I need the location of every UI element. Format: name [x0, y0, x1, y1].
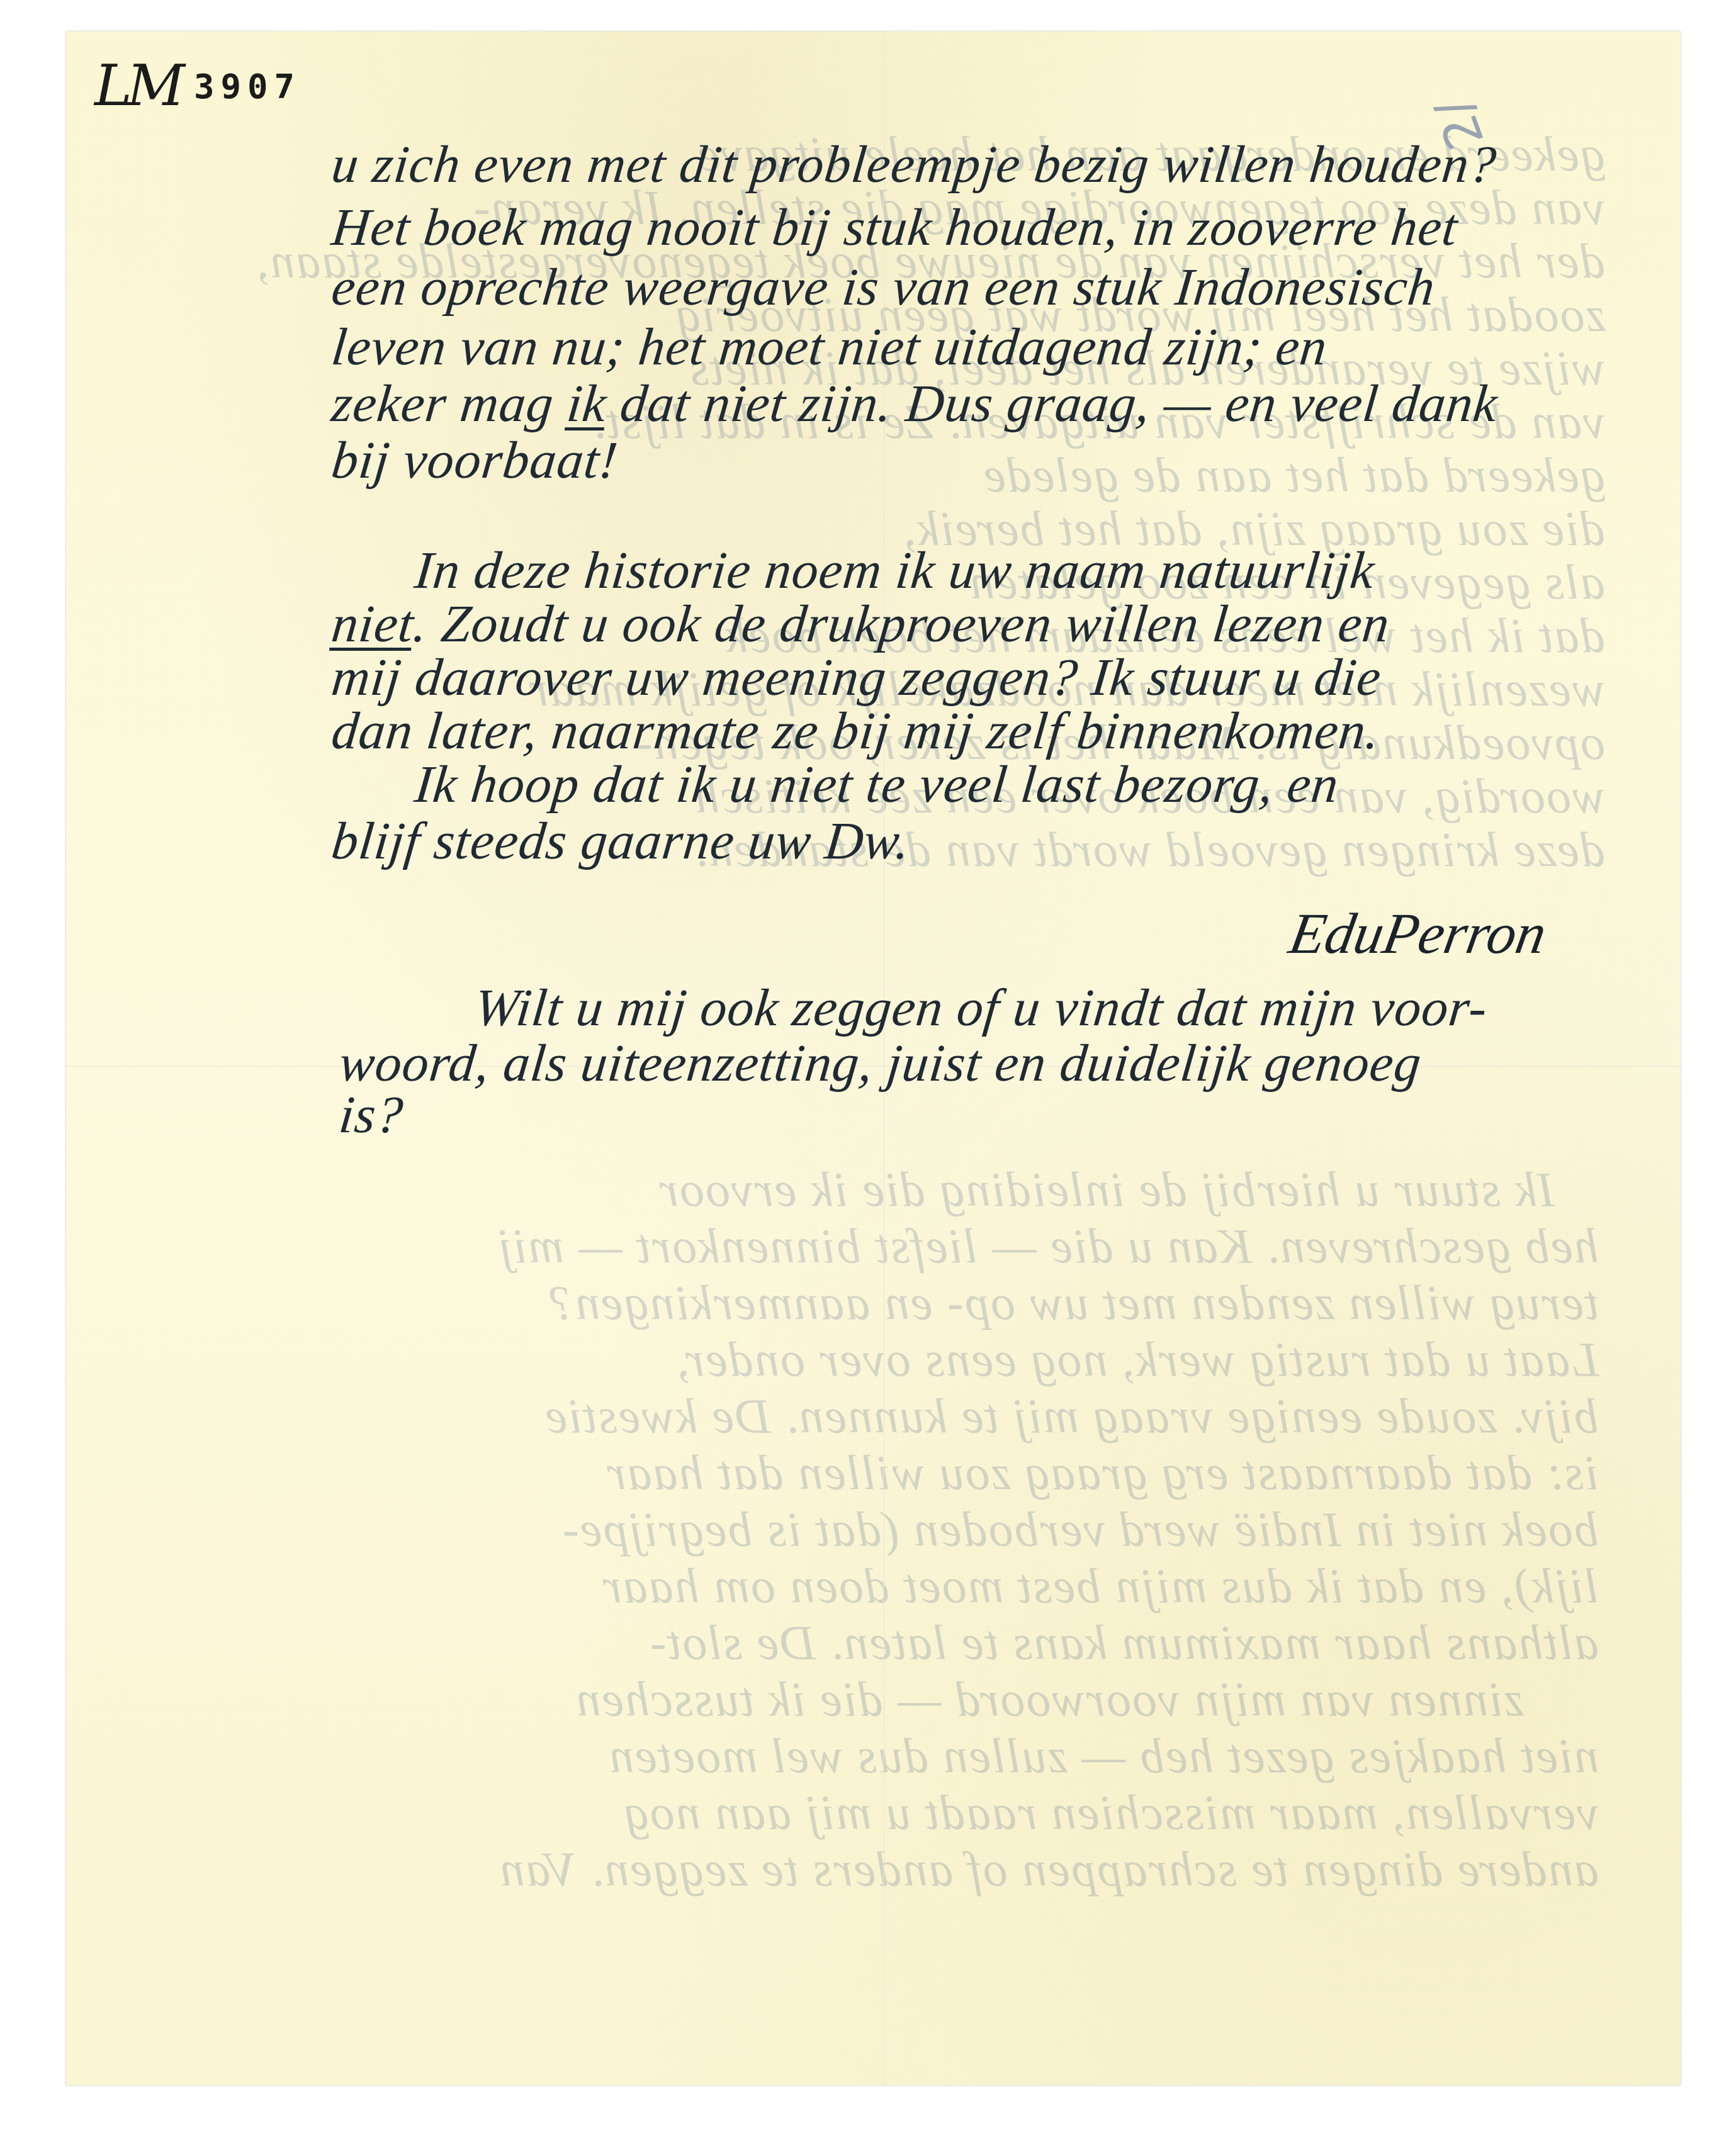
line-text: zeker mag	[329, 374, 571, 433]
letter-line: is?	[337, 1089, 406, 1142]
letter-line: een oprechte weergave is van een stuk In…	[329, 261, 1438, 314]
letter-line: Het boek mag nooit bij stuk houden, in z…	[329, 201, 1460, 254]
bleedthrough-line: niet haakjes gezet heb — zullen dus wel …	[608, 1728, 1599, 1784]
letter-line: woord, als uiteenzetting, juist en duide…	[337, 1037, 1424, 1090]
bleedthrough-line: zinnen van mijn voorwoord — die ik tussc…	[575, 1671, 1523, 1728]
letter-line: Ik hoop dat ik u niet te veel last bezor…	[412, 758, 1341, 811]
bleedthrough-line: althans haar maximum kans te laten. De s…	[649, 1614, 1599, 1671]
bleedthrough-line: boek niet in Indië werd verboden (dat is…	[561, 1501, 1599, 1558]
letter-line: zeker mag ik dat niet zijn. Dus graag, —…	[329, 378, 1501, 430]
letter-line: blijf steeds gaarne uw Dw.	[329, 815, 913, 868]
underlined-word: niet	[329, 595, 417, 653]
underlined-word: ik	[564, 374, 609, 433]
letter-line: bij voorbaat!	[329, 434, 621, 487]
bleedthrough-line: gekeerd dat het aan de gelede	[983, 447, 1605, 504]
letter-line: In deze historie noem ik uw naam natuurl…	[412, 544, 1377, 597]
signature: EduPerron	[1285, 900, 1552, 967]
letter-line: leven van nu; het moet niet uitdagend zi…	[329, 321, 1330, 374]
archive-number: 3907	[194, 67, 301, 106]
bleedthrough-line: heb geschreven. Kan u die — liefst binne…	[497, 1218, 1599, 1274]
lion-monogram-icon: LM	[94, 58, 180, 115]
bleedthrough-line: vervallen, maar misschien raadt u mij aa…	[623, 1784, 1599, 1841]
letter-line: dan later, naarmate ze bij mij zelf binn…	[329, 705, 1383, 758]
archive-stamp: LM 3907	[94, 58, 301, 115]
letter-line: u zich even met dit probleempje bezig wi…	[329, 138, 1499, 191]
bleedthrough-line: Ik stuur u hierbij de inleiding die ik e…	[658, 1161, 1555, 1218]
letter-page: gekeerd en ondergaat aan het heele uitga…	[66, 31, 1681, 2085]
bleedthrough-line: lijk), en dat ik dus mijn best moet doen…	[602, 1558, 1599, 1614]
bleedthrough-line: terug willen zenden met uw op- en aanmer…	[548, 1274, 1599, 1331]
letter-line: mij daarover uw meening zeggen? Ik stuur…	[329, 651, 1384, 704]
letter-line: Wilt u mij ook zeggen of u vindt dat mij…	[472, 982, 1490, 1035]
bleedthrough-line: andere dingen te schrappen of anders te …	[499, 1841, 1599, 1898]
bleedthrough-line: Laat u dat rustig werk, nog eens over on…	[676, 1331, 1599, 1388]
letter-line: niet. Zoudt u ook de drukproeven willen …	[329, 598, 1392, 651]
line-text: dat niet zijn. Dus graag, — en veel dank	[604, 374, 1501, 433]
bleedthrough-line: bijv. zoude eenige vraag mij te kunnen. …	[544, 1388, 1599, 1444]
bleedthrough-line: is: dat daarnaast erg graag zou willen d…	[606, 1444, 1599, 1501]
line-text: . Zoudt u ook de drukproeven willen leze…	[411, 595, 1393, 653]
